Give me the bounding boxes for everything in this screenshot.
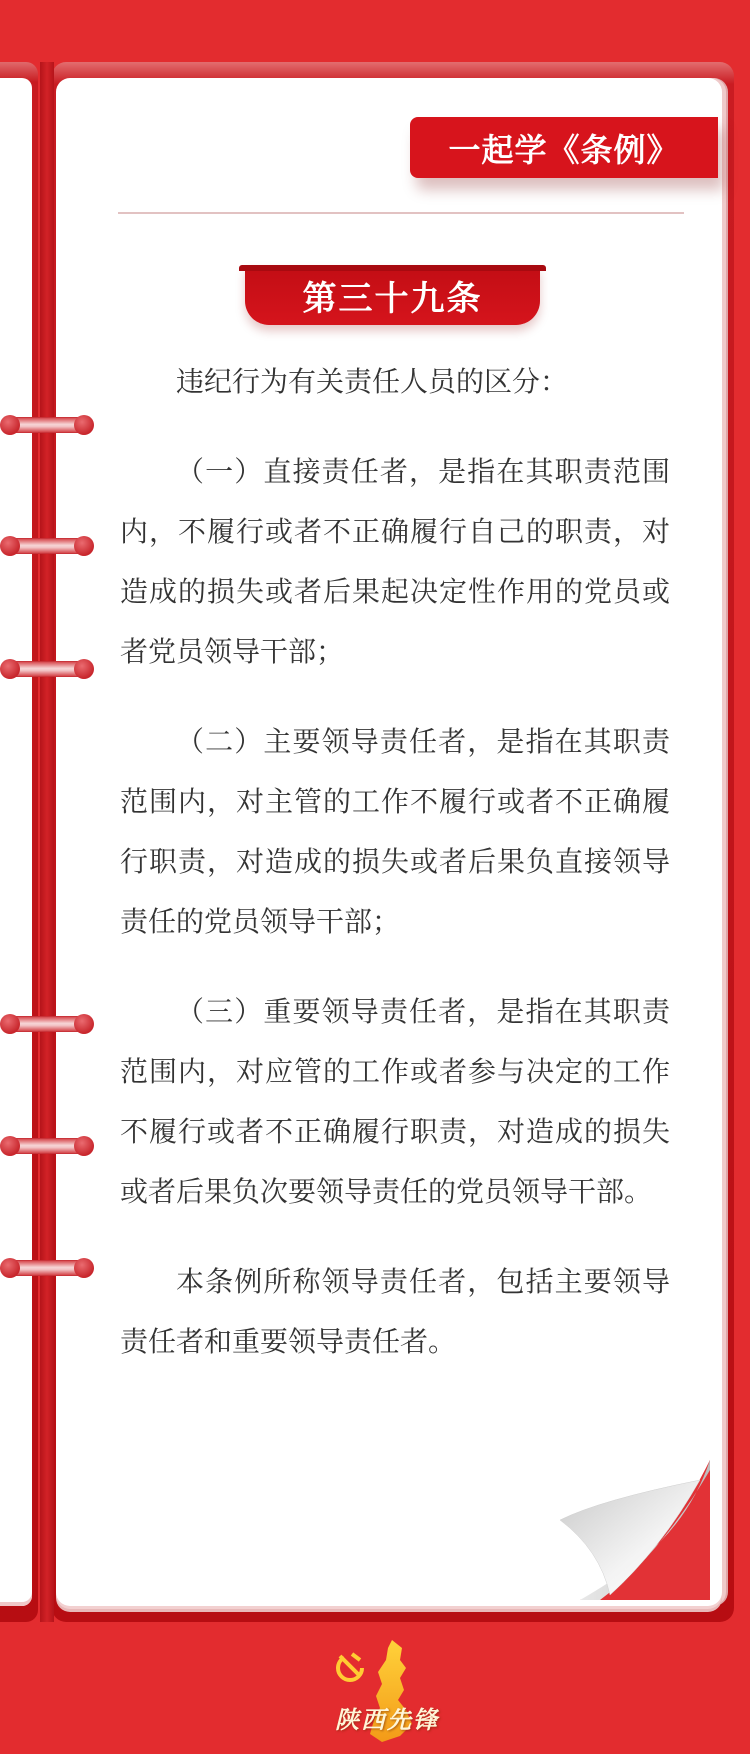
page-curl-icon: [540, 1460, 710, 1600]
binder-ring-icon: [0, 659, 94, 679]
header-banner: 一起学《条例》: [410, 117, 718, 178]
left-page-sliver: [0, 78, 32, 1606]
binder-ring-icon: [0, 1258, 94, 1278]
article-title: 第三十九条: [245, 265, 540, 325]
binder-ring-icon: [0, 536, 94, 556]
binder-ring-icon: [0, 415, 94, 435]
paragraph-note: 本条例所称领导责任者，包括主要领导责任者和重要领导责任者。: [120, 1252, 670, 1372]
paragraph-item-3: （三）重要领导责任者，是指在其职责范围内，对应管的工作或者参与决定的工作不履行或…: [120, 982, 670, 1222]
logo-text: 陕西先锋: [322, 1700, 452, 1735]
divider: [118, 212, 684, 214]
paragraph-intro: 违纪行为有关责任人员的区分：: [120, 352, 670, 412]
paragraph-item-1: （一）直接责任者，是指在其职责范围内，不履行或者不正确履行自己的职责，对造成的损…: [120, 442, 670, 682]
binder-ring-icon: [0, 1136, 94, 1156]
binder-spine: [40, 62, 54, 1622]
paragraph-item-2: （二）主要领导责任者，是指在其职责范围内，对主管的工作不履行或者不正确履行职责，…: [120, 712, 670, 952]
binder-ring-icon: [0, 1014, 94, 1034]
article-body: 违纪行为有关责任人员的区分： （一）直接责任者，是指在其职责范围内，不履行或者不…: [120, 352, 670, 1402]
